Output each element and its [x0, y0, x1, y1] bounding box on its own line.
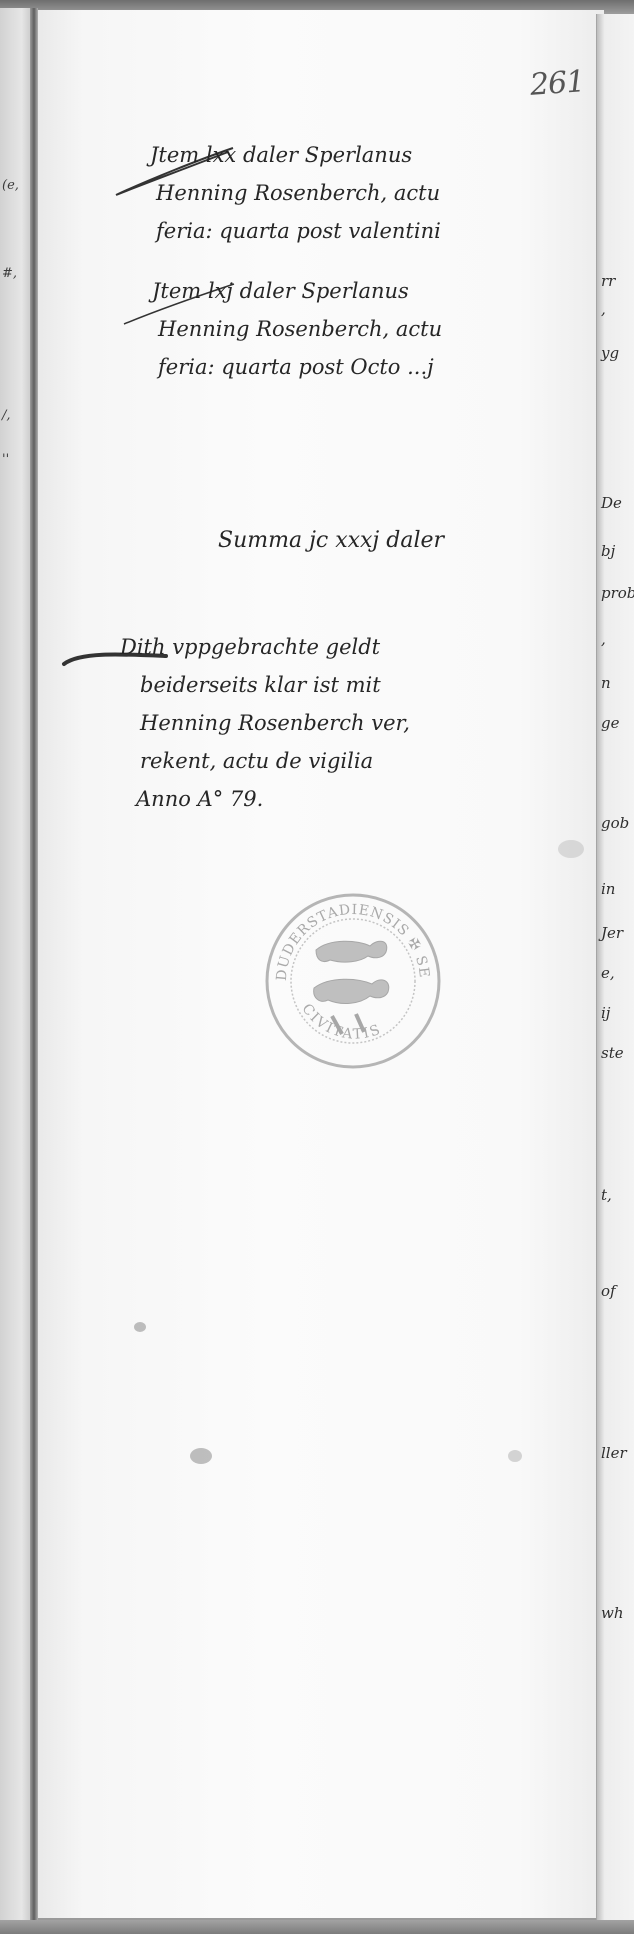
manuscript-page: 261 Jtem lxx daler Sperlanus Henning Ros…	[38, 10, 604, 1920]
right-fragment: yg	[601, 344, 619, 362]
paper-stain	[508, 1450, 522, 1462]
seal-inscription-bottom: CIVITATIS	[298, 1001, 384, 1043]
scan-bottom-edge	[0, 1918, 634, 1934]
right-fragment: in	[601, 880, 615, 898]
ledger-summa: Summa jc xxxj daler	[218, 522, 444, 560]
entry-line: Anno A° 79.	[120, 780, 410, 818]
right-fragment: prob	[601, 584, 634, 602]
right-fragment: ller	[601, 1444, 627, 1462]
entry-line: Dith vppgebrachte geldt	[120, 628, 410, 666]
paper-stain	[134, 1322, 146, 1332]
ledger-entry-1: Jtem lxx daler Sperlanus Henning Rosenbe…	[150, 136, 441, 250]
entry-line: Henning Rosenberch, actu	[152, 310, 442, 348]
right-fragment: n	[601, 674, 611, 692]
svg-text:CIVITATIS: CIVITATIS	[298, 1001, 384, 1043]
right-fragment: ge	[601, 714, 619, 732]
right-fragment: ,	[601, 630, 606, 648]
binding-gutter	[30, 8, 38, 1920]
paper-stain	[190, 1448, 212, 1464]
right-fragment: t,	[601, 1186, 612, 1204]
summa-line: Summa jc xxxj daler	[218, 522, 444, 560]
entry-line: Jtem lxj daler Sperlanus	[152, 272, 442, 310]
right-fragment: ij	[601, 1004, 610, 1022]
svg-text:DUDERSTADIENSIS ✠ SECRETUM: DUDERSTADIENSIS ✠ SECRETUM	[260, 888, 432, 981]
ledger-entry-2: Jtem lxj daler Sperlanus Henning Rosenbe…	[152, 272, 442, 386]
right-fragment: of	[601, 1282, 616, 1300]
right-fragment: ,	[601, 300, 606, 318]
entry-line: Jtem lxx daler Sperlanus	[150, 136, 441, 174]
entry-line: Henning Rosenberch, actu	[150, 174, 441, 212]
folio-number: 261	[529, 64, 586, 103]
seal-inscription-top: DUDERSTADIENSIS ✠ SECRETUM	[260, 888, 432, 981]
right-fragment: Jer	[601, 924, 623, 942]
adjacent-right-page: rr , yg De bj prob , n ge gob in Jer e, …	[596, 14, 634, 1920]
right-fragment: wh	[601, 1604, 624, 1622]
right-fragment: e,	[601, 964, 615, 982]
left-fragment: ''	[2, 452, 9, 467]
entry-line: rekent, actu de vigilia	[120, 742, 410, 780]
entry-line: Henning Rosenberch ver,	[120, 704, 410, 742]
right-fragment: ste	[601, 1044, 624, 1062]
left-fragment: (e,	[2, 178, 19, 193]
entry-line: feria: quarta post valentini	[150, 212, 441, 250]
paper-stain	[558, 840, 584, 858]
right-fragment: gob	[601, 814, 629, 832]
city-seal-stamp: DUDERSTADIENSIS ✠ SECRETUM CIVITATIS	[260, 888, 446, 1074]
left-fragment: #,	[2, 266, 17, 281]
entry-line: feria: quarta post Octo ...j	[152, 348, 442, 386]
left-fragment: /,	[2, 408, 11, 423]
entry-line: beiderseits klar ist mit	[120, 666, 410, 704]
right-fragment: rr	[601, 272, 615, 290]
right-fragment: De	[601, 494, 622, 512]
ledger-closing-statement: Dith vppgebrachte geldt beiderseits klar…	[120, 628, 410, 818]
right-fragment: bj	[601, 542, 615, 560]
